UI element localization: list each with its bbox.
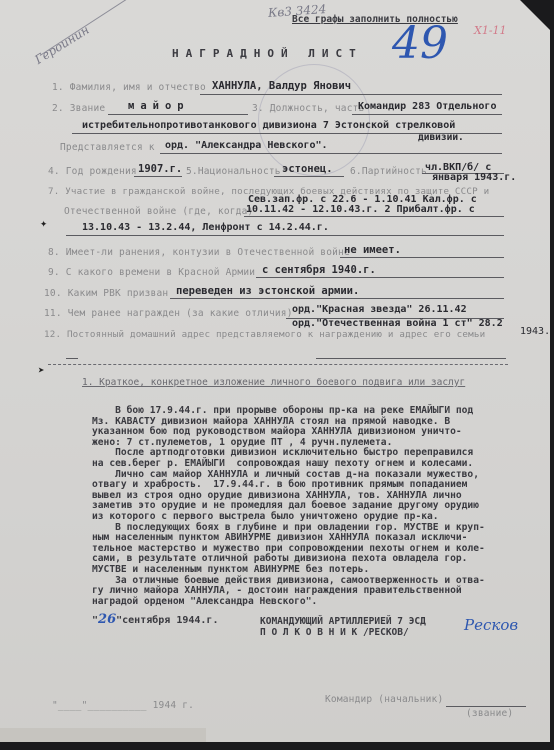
field-1-label: 1. Фамилия, имя и отчество xyxy=(52,82,206,93)
nominated-for-label: Представляется к xyxy=(60,142,155,153)
field-3-value-cont2: дивизии. xyxy=(418,132,464,143)
field-11-label: 11. Чем ранее награжден (за какие отличи… xyxy=(44,308,293,319)
field-10-label: 10. Каким РВК призван xyxy=(44,288,168,299)
document-title: НАГРАДНОЙ ЛИСТ xyxy=(172,47,363,60)
field-2-value: майор xyxy=(128,100,190,112)
handwritten-signature: Ресков xyxy=(464,616,518,634)
field-9-value: с сентября 1940.г. xyxy=(262,264,376,276)
field-8-value: не имеет. xyxy=(344,244,401,256)
field-4-label: 4. Год рождения xyxy=(48,166,137,177)
signer-rank-name: П О Л К О В Н И К /РЕСКОВ/ xyxy=(260,627,409,638)
pencil-note: Героинин xyxy=(32,23,91,67)
field-7-label-cont: Отечественной войне (где, когда) xyxy=(64,206,253,217)
field-11-value-cont: орд."Отечественная война 1 ст" 28.2 xyxy=(292,318,503,329)
field-4-value: 1907.г. xyxy=(138,163,182,175)
page-number: 49 xyxy=(392,22,448,66)
corner-mark: Х1-11 xyxy=(474,24,507,37)
feat-description: В бою 17.9.44.г. при прорыве обороны пр-… xyxy=(92,406,485,607)
rank-label: (звание) xyxy=(466,708,513,719)
field-9-label: 9. С какого времени в Красной Армии xyxy=(48,267,255,278)
field-11-value: орд."Красная звезда" 26.11.42 xyxy=(292,304,467,315)
signer-title: КОМАНДУЮЩИЙ АРТИЛЛЕРИЕЙ 7 ЭСД xyxy=(260,616,426,627)
signature-date: "26"сентября 1944.г. xyxy=(92,612,218,627)
field-5-label: 5.Национальность xyxy=(186,166,281,177)
award-sheet-paper: Кв3 3424 Все графы заполнить полностью 4… xyxy=(0,0,550,742)
paper-fold xyxy=(0,728,206,742)
field-2-label: 2. Звание xyxy=(52,103,105,114)
field-7-value-cont: 10.11.42 - 12.10.43.г. 2 Прибалт.фр. с xyxy=(246,204,475,215)
footer-date: "____"__________ 1944 г. xyxy=(52,700,194,711)
field-6-value-cont: января 1943.г. xyxy=(432,172,516,183)
star-mark: ✦ xyxy=(40,216,47,230)
arrow-mark: ➤ xyxy=(38,364,45,377)
field-3-value: Командир 283 Отдельного xyxy=(358,101,496,112)
field-3-label: 3. Должность, часть xyxy=(252,103,364,114)
section-heading: 1. Краткое, конкретное изложение личного… xyxy=(82,377,465,388)
field-8-label: 8. Имеет-ли ранения, контузии в Отечеств… xyxy=(48,247,350,258)
nominated-for-value: орд. "Александра Невского". xyxy=(165,140,328,151)
field-6-label: 6.Партийность xyxy=(350,166,427,177)
field-11-value-cont2: 1943.г. xyxy=(520,326,554,337)
field-5-value: эстонец. xyxy=(282,163,333,175)
field-7-value-cont2: 13.10.43 - 13.2.44, Ленфронт с 14.2.44.г… xyxy=(82,222,329,233)
field-3-value-cont: истребительнопротивотанкового дивизиона … xyxy=(82,120,455,131)
field-1-value: ХАННУЛА, Валдур Янович xyxy=(212,80,351,92)
commander-label: Командир (начальник) xyxy=(325,694,443,705)
field-12-label: 12. Постоянный домашний адрес представля… xyxy=(44,329,485,340)
field-10-value: переведен из эстонской армии. xyxy=(176,285,359,297)
